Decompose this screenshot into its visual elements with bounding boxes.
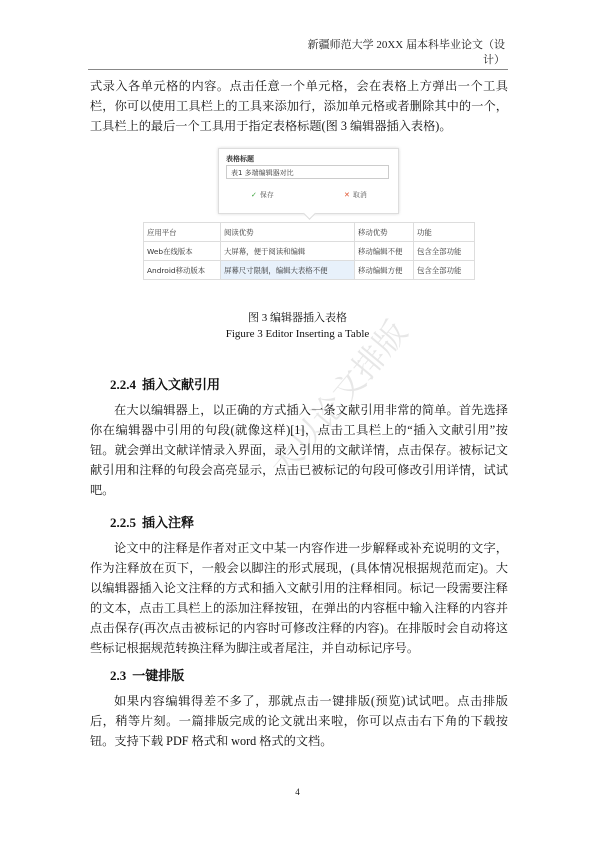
table-cell[interactable]: 应用平台 [144,223,221,242]
table-cell[interactable]: 包含全部功能 [414,261,475,280]
table-title-input[interactable]: 表1 多端编辑器对比 [226,165,389,179]
header-rule [88,69,508,70]
intro-paragraph: 式录入各单元格的内容。点击任意一个单元格，会在表格上方弹出一个工具栏，你可以使用… [90,76,508,136]
cancel-label: 取消 [353,191,367,199]
table-cell[interactable]: 移动编辑不便 [355,242,414,261]
table-cell-selected[interactable]: 屏幕尺寸限制，编辑大表格不便 [221,261,355,280]
table-cell[interactable]: Android移动版本 [144,261,221,280]
table-cell[interactable]: 移动编辑方便 [355,261,414,280]
section-2-2-4-paragraph: 在大以编辑器上，以正确的方式插入一条文献引用非常的简单。首先选择你在编辑器中引用… [90,400,508,500]
popup-label: 表格标题 [226,154,254,164]
table-title-popup: 表格标题 表1 多端编辑器对比 ✓保存 ✕取消 [218,148,399,214]
save-button[interactable]: ✓保存 [251,190,274,200]
page-header: 新疆师范大学 20XX 届本科毕业论文（设 计） [205,38,505,68]
check-icon: ✓ [251,191,257,199]
table-row: Web在线版本 大屏幕，便于阅读和编辑 移动编辑不便 包含全部功能 [144,242,475,261]
header-line-2: 计） [205,53,505,68]
section-title: 插入注释 [142,516,194,531]
table-cell[interactable]: Web在线版本 [144,242,221,261]
table-cell[interactable]: 阅读优势 [221,223,355,242]
table-cell[interactable]: 包含全部功能 [414,242,475,261]
table-row: Android移动版本 屏幕尺寸限制，编辑大表格不便 移动编辑方便 包含全部功能 [144,261,475,280]
section-number: 2.2.4 [110,377,136,392]
section-heading-2-2-4: 2.2.4插入文献引用 [110,374,220,393]
popup-arrow [303,207,316,220]
section-heading-2-2-5: 2.2.5插入注释 [110,512,194,531]
section-number: 2.2.5 [110,515,136,530]
table-cell[interactable]: 功能 [414,223,475,242]
figure-caption-cn: 图 3 编辑器插入表格 [0,309,595,325]
table-cell[interactable]: 移动优势 [355,223,414,242]
table-header-row: 应用平台 阅读优势 移动优势 功能 [144,223,475,242]
editor-table: 应用平台 阅读优势 移动优势 功能 Web在线版本 大屏幕，便于阅读和编辑 移动… [143,222,475,280]
section-heading-2-3: 2.3一键排版 [110,665,184,684]
save-label: 保存 [260,191,274,199]
table-cell[interactable]: 大屏幕，便于阅读和编辑 [221,242,355,261]
section-number: 2.3 [110,668,126,683]
header-line-1: 新疆师范大学 20XX 届本科毕业论文（设 [205,38,505,53]
close-icon: ✕ [344,191,350,199]
section-2-3-paragraph: 如果内容编辑得差不多了，那就点击一键排版(预览)试试吧。点击排版后，稍等片刻。一… [90,691,508,751]
cancel-button[interactable]: ✕取消 [344,190,367,200]
page-number: 4 [0,787,595,797]
section-2-2-5-paragraph: 论文中的注释是作者对正文中某一内容作进一步解释或补充说明的文字，作为注释放在页下… [90,538,508,658]
section-title: 插入文献引用 [142,378,220,393]
section-title: 一键排版 [132,669,184,684]
